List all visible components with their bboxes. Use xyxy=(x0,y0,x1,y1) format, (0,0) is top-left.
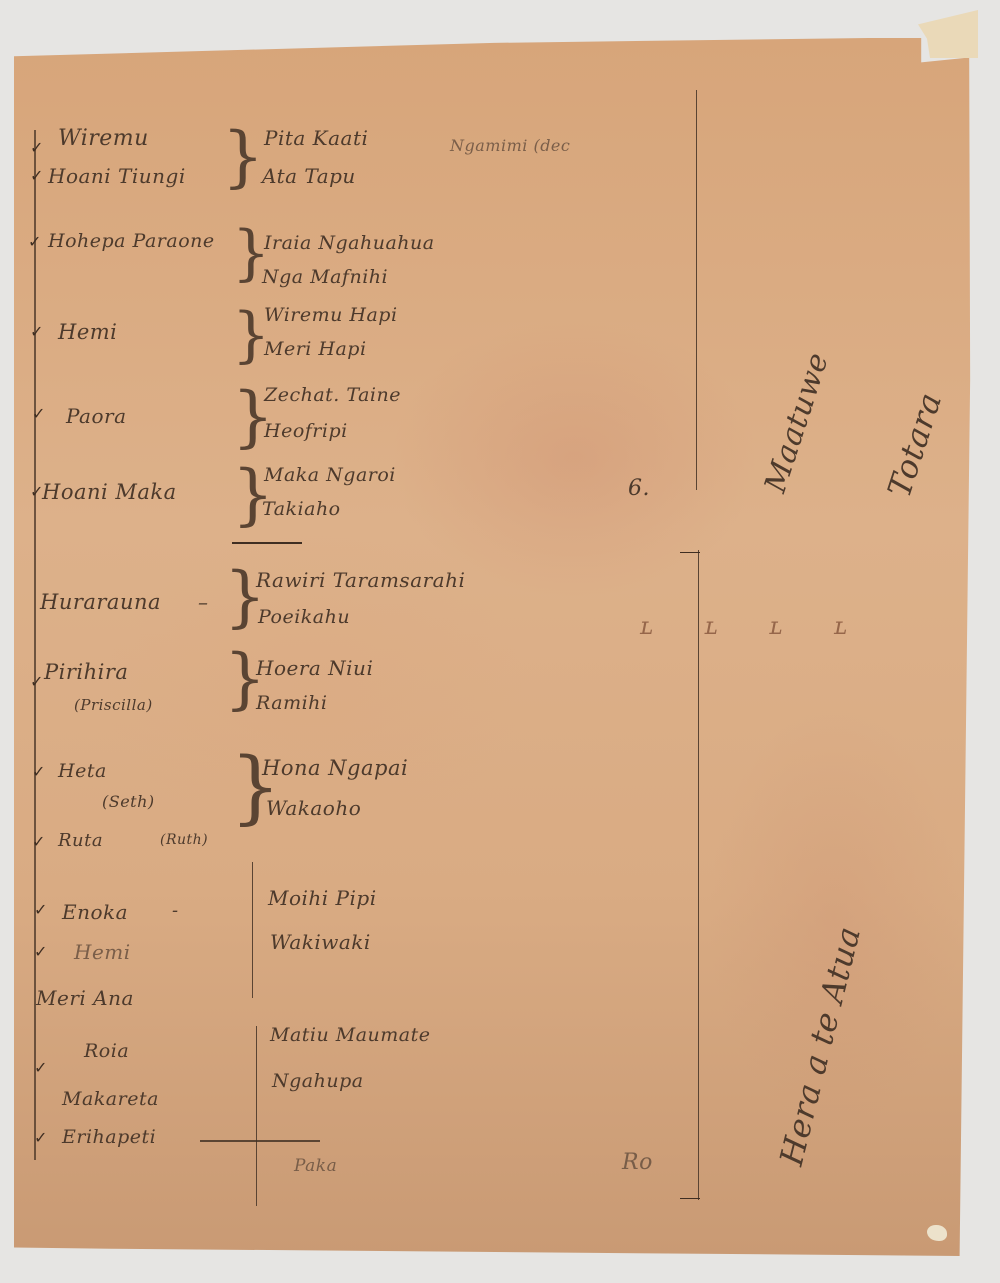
check-mark: ✓ xyxy=(32,762,45,781)
parent-name: Hemi xyxy=(58,320,117,344)
check-mark: ✓ xyxy=(34,1128,47,1147)
brace-cap xyxy=(680,552,700,553)
child-name: Pita Kaati xyxy=(264,126,368,150)
check-mark: ✓ xyxy=(30,672,43,691)
parent-name: Enoka xyxy=(62,900,128,924)
child-name: Maka Ngaroi xyxy=(264,464,396,486)
child-name: Meri Hapi xyxy=(264,338,367,360)
child-name: Wakaoho xyxy=(266,796,361,820)
child-name: Rawiri Taramsarahi xyxy=(256,568,465,592)
parent-name: Meri Ana xyxy=(36,986,134,1010)
child-name: Takiaho xyxy=(262,498,341,520)
child-name: Matiu Maumate xyxy=(270,1024,431,1046)
tally-marks: ʟ ʟ ʟ ʟ xyxy=(640,612,869,640)
child-name: Zechat. Taine xyxy=(264,384,401,406)
check-mark: ✓ xyxy=(34,1058,47,1077)
child-name: Ata Tapu xyxy=(262,164,356,188)
check-mark: ✓ xyxy=(30,166,43,185)
brace-cap xyxy=(680,1198,700,1199)
check-mark: ✓ xyxy=(34,900,47,919)
dash: – xyxy=(198,590,209,614)
dash: - xyxy=(172,900,179,921)
child-name: Iraia Ngahuahua xyxy=(264,232,435,254)
child-name: Ramihi xyxy=(256,692,327,714)
bottom-mark: Ro xyxy=(622,1150,653,1175)
parent-name: Hoani Maka xyxy=(42,480,177,504)
check-mark: ✓ xyxy=(30,322,43,341)
brace-icon: } xyxy=(222,118,264,195)
parent-name: Paora xyxy=(66,404,127,428)
child-name: Wiremu Hapi xyxy=(264,304,398,326)
parent-name: Makareta xyxy=(62,1088,159,1110)
child-name: Hona Ngapai xyxy=(262,756,408,780)
check-mark: ✓ xyxy=(34,942,47,961)
child-name: Wakiwaki xyxy=(270,930,371,954)
child-name: Ngahupa xyxy=(272,1070,364,1092)
separator-line xyxy=(232,542,302,544)
parent-name: Hoani Tiungi xyxy=(48,164,186,188)
large-brace-upper xyxy=(696,90,697,490)
large-brace-lower xyxy=(698,550,699,1200)
child-name: Moihi Pipi xyxy=(268,886,377,910)
parent-name: Hohepa Paraone xyxy=(48,230,215,252)
child-name: Poeikahu xyxy=(258,606,350,628)
child-name: Hoera Niui xyxy=(256,656,373,680)
child-name: Heofripi xyxy=(264,420,348,442)
parent-name-alias: (Priscilla) xyxy=(74,696,153,714)
parent-name-alias: (Ruth) xyxy=(160,832,208,848)
parent-name: Ruta xyxy=(58,830,103,851)
check-mark: ✓ xyxy=(28,232,41,251)
annotation-note: Ngamimi (dec xyxy=(450,136,570,155)
parent-name: Pirihira xyxy=(44,660,128,684)
bracket-line xyxy=(256,1026,257,1206)
check-mark: ✓ xyxy=(32,832,45,851)
child-name: Nga Mafnihi xyxy=(262,266,388,288)
parent-name: Heta xyxy=(58,760,107,782)
parent-name: Erihapeti xyxy=(62,1126,156,1148)
check-mark: ✓ xyxy=(32,404,45,423)
parent-name-alias: (Seth) xyxy=(102,792,155,811)
check-mark: ✓ xyxy=(30,138,43,157)
parent-name: Roia xyxy=(84,1040,129,1062)
paper-corner-fold xyxy=(918,10,978,58)
parent-name: Hurarauna xyxy=(40,590,161,614)
bracket-line xyxy=(252,862,253,998)
strike-line xyxy=(200,1140,320,1142)
count-mark: 6. xyxy=(628,476,650,501)
parent-name: Hemi xyxy=(74,940,131,964)
paper-tear xyxy=(927,1225,947,1241)
annotation-note: Paka xyxy=(294,1156,337,1176)
parent-name: Wiremu xyxy=(58,126,149,151)
